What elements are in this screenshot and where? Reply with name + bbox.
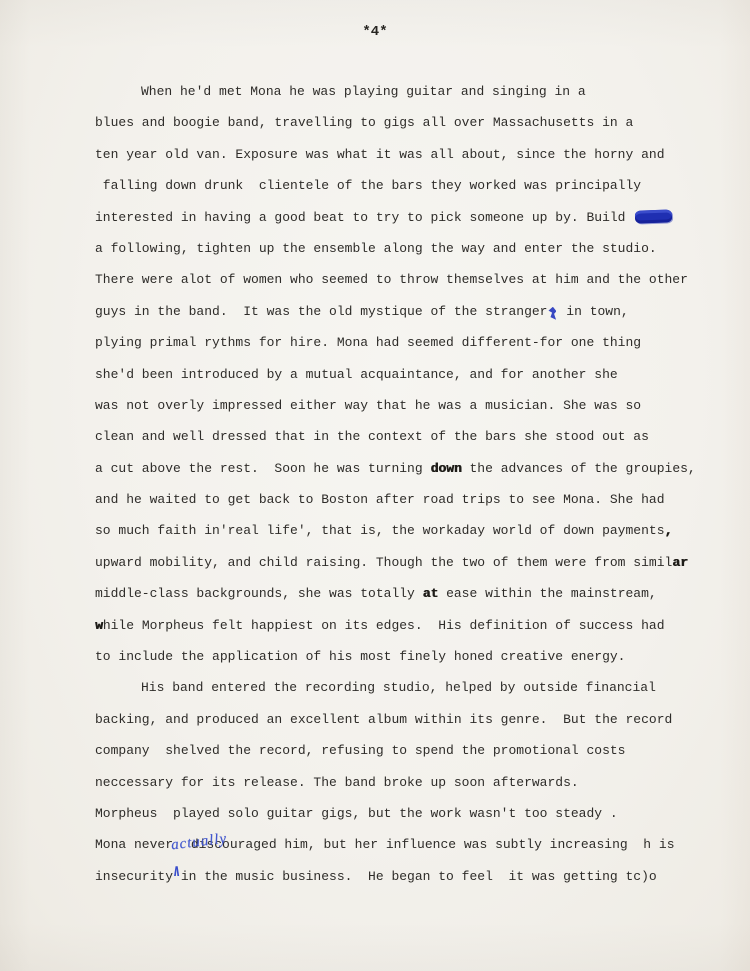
text-run: was not overly impressed either way that… <box>95 398 641 413</box>
text-run: upward mobility, and child raising. Thou… <box>95 555 672 570</box>
typewritten-page: *4* When he'd met Mona he was playing gu… <box>0 0 750 971</box>
typewritten-line: a cut above the rest. Soon he was turnin… <box>95 453 715 484</box>
typewritten-line: interested in having a good beat to try … <box>95 202 715 233</box>
text-run: guys in the band. It was the old mystiqu… <box>95 304 547 319</box>
blue-ink-scribble <box>634 209 671 223</box>
text-run: plying primal rythms for hire. Mona had … <box>95 335 641 350</box>
text-run: to include the application of his most f… <box>95 649 626 664</box>
text-run: company shelved the record, refusing to … <box>95 743 626 758</box>
text-run: His band entered the recording studio, h… <box>141 680 656 695</box>
text-run: neccessary for its release. The band bro… <box>95 775 579 790</box>
typewritten-line: When he'd met Mona he was playing guitar… <box>95 76 715 107</box>
blue-ink-mark <box>548 307 556 320</box>
text-run: When he'd met Mona he was playing guitar… <box>141 84 586 99</box>
text-run: Mona never <box>95 837 173 852</box>
handwritten-word: actually <box>169 824 229 862</box>
typewritten-line: company shelved the record, refusing to … <box>95 735 715 766</box>
typewritten-line: while Morpheus felt happiest on its edge… <box>95 610 715 641</box>
text-run: a cut above the rest. Soon he was turnin… <box>95 461 430 476</box>
text-run: the advances of the groupies, <box>462 461 696 476</box>
text-run: , <box>665 523 673 538</box>
text-run: in town, <box>558 304 628 319</box>
typewritten-line: to include the application of his most f… <box>95 641 715 672</box>
text-run: ten year old van. Exposure was what it w… <box>95 147 665 162</box>
typewritten-line: Morpheus played solo guitar gigs, but th… <box>95 798 715 829</box>
typewritten-line: falling down drunk clientele of the bars… <box>95 170 715 201</box>
typewritten-line: blues and boogie band, travelling to gig… <box>95 107 715 138</box>
typewritten-line: a following, tighten up the ensemble alo… <box>95 233 715 264</box>
page-number: *4* <box>0 24 750 40</box>
text-run: she'd been introduced by a mutual acquai… <box>95 367 618 382</box>
document-body: When he'd met Mona he was playing guitar… <box>95 76 715 892</box>
typewritten-line: guys in the band. It was the old mystiqu… <box>95 296 715 327</box>
typewritten-line: middle-class backgrounds, she was totall… <box>95 578 715 609</box>
text-run: blues and boogie band, travelling to gig… <box>95 115 633 130</box>
typewritten-line: His band entered the recording studio, h… <box>95 672 715 703</box>
typewritten-line: upward mobility, and child raising. Thou… <box>95 547 715 578</box>
text-run: w <box>95 618 103 633</box>
typewritten-line: There were alot of women who seemed to t… <box>95 264 715 295</box>
text-run: down <box>430 461 461 476</box>
typewritten-line: insecurity in the music business. He beg… <box>95 861 715 892</box>
typewritten-line: Mona never∧actually discouraged him, but… <box>95 829 715 860</box>
typewritten-line: she'd been introduced by a mutual acquai… <box>95 359 715 390</box>
text-run: at <box>423 586 439 601</box>
typewritten-line: so much faith in'real life', that is, th… <box>95 515 715 546</box>
typewritten-line: ten year old van. Exposure was what it w… <box>95 139 715 170</box>
text-run: Morpheus played solo guitar gigs, but th… <box>95 806 618 821</box>
typewritten-line: backing, and produced an excellent album… <box>95 704 715 735</box>
text-run: falling down drunk clientele of the bars… <box>95 178 641 193</box>
text-run: ease within the mainstream, <box>438 586 656 601</box>
text-run: discouraged him, but her influence was s… <box>183 837 674 852</box>
typewritten-line: neccessary for its release. The band bro… <box>95 767 715 798</box>
text-run: backing, and produced an excellent album… <box>95 712 672 727</box>
text-run: a following, tighten up the ensemble alo… <box>95 241 657 256</box>
text-run: hile Morpheus felt happiest on its edges… <box>103 618 665 633</box>
text-run: clean and well dressed that in the conte… <box>95 429 649 444</box>
typewritten-line: was not overly impressed either way that… <box>95 390 715 421</box>
text-run: and he waited to get back to Boston afte… <box>95 492 665 507</box>
typewritten-line: plying primal rythms for hire. Mona had … <box>95 327 715 358</box>
text-run: middle-class backgrounds, she was totall… <box>95 586 423 601</box>
typewritten-line: and he waited to get back to Boston afte… <box>95 484 715 515</box>
text-run: interested in having a good beat to try … <box>95 210 626 225</box>
typewritten-line: clean and well dressed that in the conte… <box>95 421 715 452</box>
text-run: There were alot of women who seemed to t… <box>95 272 688 287</box>
text-run: so much faith in'real life', that is, th… <box>95 523 665 538</box>
text-run: ar <box>672 555 688 570</box>
